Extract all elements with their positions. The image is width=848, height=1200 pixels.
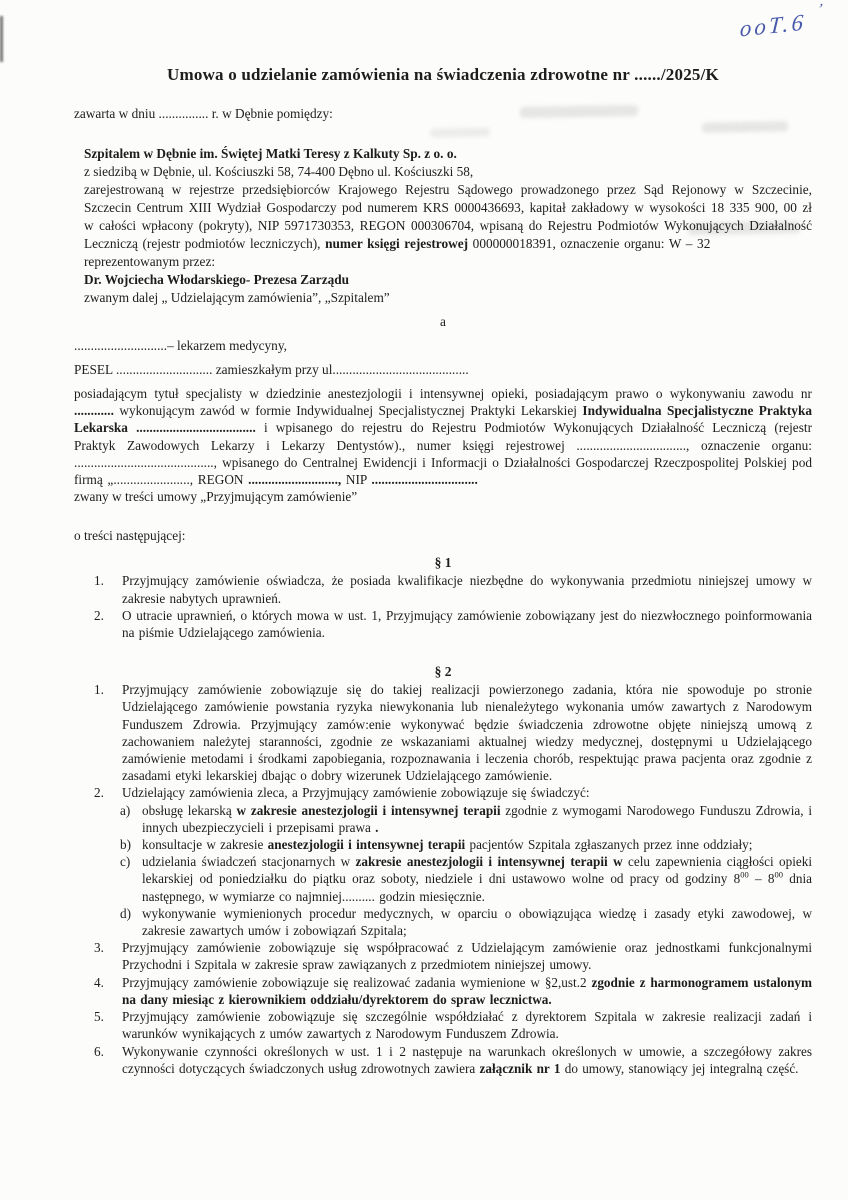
list-item: b)konsultacje w zakresie anestezjologii … [120, 836, 812, 853]
paragraph: zarejestrowaną w rejestrze przedsiębiorc… [84, 181, 812, 253]
paragraph: reprezentowanym przez: [84, 253, 812, 271]
handwritten-note-text: ooT.6 [739, 9, 807, 41]
list-item: 4.Przyjmujący zamówienie zobowiązuje się… [94, 974, 812, 1008]
list-item-text: konsultacje w zakresie anestezjologii i … [142, 836, 812, 853]
list-item: d)wykonywanie wymienionych procedur medy… [120, 905, 812, 939]
list-item-text: Przyjmujący zamówienie zobowiązuje się s… [122, 1008, 812, 1042]
paragraph: Dr. Wojciecha Włodarskiego- Prezesa Zarz… [84, 271, 812, 289]
section-heading: § 1 [74, 554, 812, 572]
list-item-text: Przyjmujący zamówienie zobowiązuje się r… [122, 974, 812, 1008]
document-title: Umowa o udzielanie zamówienia na świadcz… [74, 64, 812, 86]
list-item-text: wykonywanie wymienionych procedur medycz… [142, 905, 812, 939]
scan-edge-artifact [0, 16, 3, 62]
handwritten-tick-mark: ’ [814, 1, 826, 19]
list-item: 6.Wykonywanie czynności określonych w us… [94, 1043, 812, 1077]
paragraph: z siedzibą w Dębnie, ul. Kościuszki 58, … [84, 163, 812, 181]
paragraph: zwanym dalej „ Udzielającym zamówienia”,… [84, 289, 812, 307]
paragraph: posiadającym tytuł specjalisty w dziedzi… [74, 385, 812, 488]
paragraph: zwany w treści umowy „Przyjmującym zamów… [74, 488, 812, 505]
list-marker: 1. [94, 572, 122, 606]
list-marker: a) [120, 802, 142, 836]
handwritten-annotation: ooT.6’ [739, 1, 825, 42]
paragraph: zawarta w dniu ............... r. w Dębn… [74, 105, 812, 123]
list-marker: 1. [94, 681, 122, 784]
spacer [74, 505, 812, 527]
list-item: 1.Przyjmujący zamówienie zobowiązuje się… [94, 681, 812, 784]
paragraph: ............................– lekarzem m… [74, 337, 812, 355]
spacer [74, 86, 812, 105]
list-item-text: Wykonywanie czynności określonych w ust.… [122, 1043, 812, 1077]
list-marker: 2. [94, 607, 122, 641]
spacer [74, 123, 812, 145]
list-marker: b) [120, 836, 142, 853]
list-item: a)obsługę lekarską w zakresie anestezjol… [120, 802, 812, 836]
list-marker: 4. [94, 974, 122, 1008]
list-item-text: Przyjmujący zamówienie zobowiązuje się w… [122, 939, 812, 973]
list-item: 1.Przyjmujący zamówienie oświadcza, że p… [94, 572, 812, 606]
list-item: 3.Przyjmujący zamówienie zobowiązuje się… [94, 939, 812, 973]
list-marker: 2. [94, 784, 122, 801]
paragraph: Szpitalem w Dębnie im. Świętej Matki Ter… [84, 145, 812, 163]
list-item: 2.O utracie uprawnień, o których mowa w … [94, 607, 812, 641]
list-item-text: O utracie uprawnień, o których mowa w us… [122, 607, 812, 641]
spacer [74, 641, 812, 663]
list-item-text: Przyjmujący zamówienie zobowiązuje się d… [122, 681, 812, 784]
document-content: Umowa o udzielanie zamówienia na świadcz… [74, 64, 812, 1077]
paragraph: a [74, 313, 812, 331]
document-body: zawarta w dniu ............... r. w Dębn… [74, 105, 812, 1077]
list-marker: 6. [94, 1043, 122, 1077]
list-marker: c) [120, 853, 142, 905]
list-item: 5.Przyjmujący zamówienie zobowiązuje się… [94, 1008, 812, 1042]
section-heading: § 2 [74, 663, 812, 681]
list-item: c)udzielania świadczeń stacjonarnych w z… [120, 853, 812, 905]
spacer [74, 545, 812, 554]
scanned-contract-page: ooT.6’ Umowa o udzielanie zamówienia na … [0, 0, 848, 1200]
list-item: 2.Udzielający zamówienia zleca, a Przyjm… [94, 784, 812, 801]
list-item-text: udzielania świadczeń stacjonarnych w zak… [142, 853, 812, 905]
list-marker: d) [120, 905, 142, 939]
paragraph: PESEL ............................. zami… [74, 361, 812, 379]
list-marker: 5. [94, 1008, 122, 1042]
list-item-text: Przyjmujący zamówienie oświadcza, że pos… [122, 572, 812, 606]
paragraph: o treści następującej: [74, 527, 812, 545]
list-marker: 3. [94, 939, 122, 973]
list-item-text: obsługę lekarską w zakresie anestezjolog… [142, 802, 812, 836]
list-item-text: Udzielający zamówienia zleca, a Przyjmuj… [122, 784, 812, 801]
